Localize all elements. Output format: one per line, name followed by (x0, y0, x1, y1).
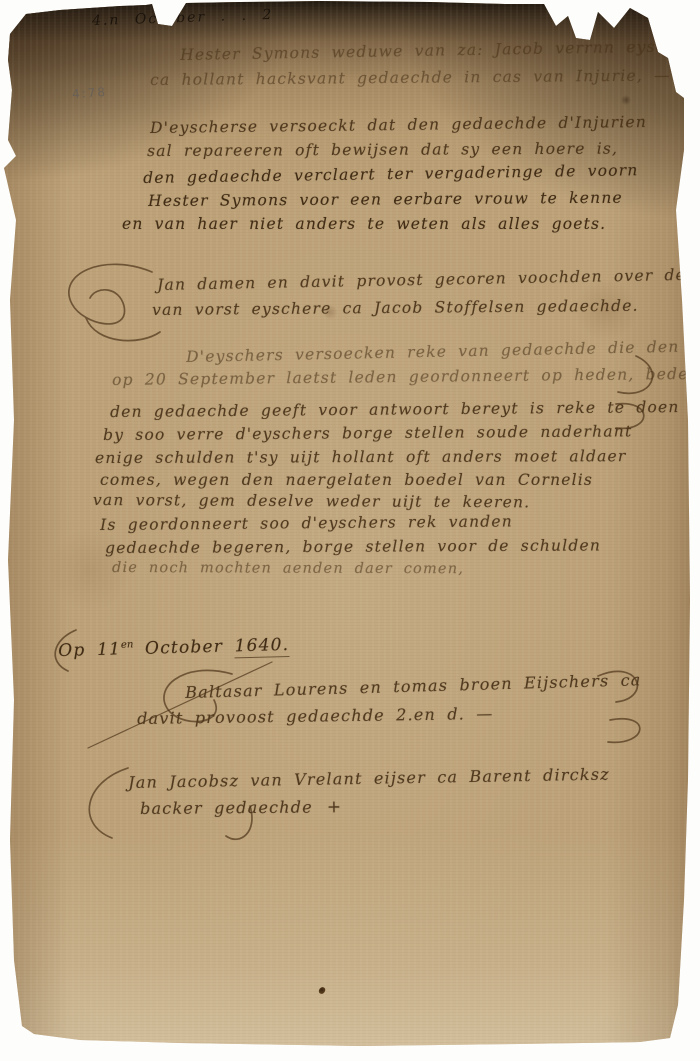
cross-mark: + (327, 797, 343, 817)
manuscript-line: Baltasar Lourens en tomas broen Eijscher… (185, 670, 642, 702)
manuscript-line: en van haer niet anders te weten als all… (122, 215, 606, 233)
date-prefix: Op 11 (58, 639, 121, 661)
flourish-initial-paragraph4 (69, 264, 160, 340)
manuscript-line: sal repareeren oft bewijsen dat sy een h… (147, 140, 618, 160)
manuscript-line: van vorst, gem deselve weder uijt te kee… (93, 491, 530, 511)
manuscript-line: den gedaechde verclaert ter vergaderinge… (143, 161, 639, 187)
ink-spot (318, 986, 326, 995)
manuscript-line: Hester Symons weduwe van za: Jacob verrn… (180, 37, 687, 64)
manuscript-line: Jan damen en davit provost gecoren vooch… (157, 266, 697, 294)
manuscript-line: enige schulden t'sy uijt hollant oft and… (95, 447, 627, 467)
manuscript-line-text: backer gedaechde (140, 797, 313, 818)
manuscript-line: op 20 September laetst leden geordonneer… (112, 365, 700, 389)
manuscript-line: ca hollant hacksvant gedaechde in cas va… (150, 66, 671, 89)
archival-page-number: 4:78 (72, 85, 108, 101)
faint-header-scribble: 4.n October . . 2 (92, 7, 274, 29)
date-month: October (133, 636, 235, 659)
manuscript-line: van vorst eyschere ca Jacob Stoffelsen g… (152, 297, 639, 319)
manuscript-line: gedaechde begeren, borge stellen voor de… (105, 536, 601, 557)
manuscript-line: Hester Symons voor een eerbare vrouw te … (148, 189, 623, 210)
manuscript-line: comes, wegen den naergelaten boedel van … (100, 471, 593, 489)
manuscript-paper-sheet: 4.n October . . 2 4:78 Hester Symons wed… (0, 0, 700, 1061)
manuscript-line: Is geordonneert soo d'eyschers rek vande… (100, 512, 513, 534)
manuscript-line: D'eyscherse versoeckt dat den gedaechde … (150, 113, 647, 137)
manuscript-line: backer gedaechde+ (140, 797, 342, 819)
flourish-signature1-diagonal-stroke (88, 662, 272, 748)
manuscript-line: davit provoost gedaechde 2.en d. — (137, 704, 494, 728)
date-heading: Op 11en October 1640. (58, 635, 290, 661)
manuscript-line: Jan Jacobsz van Vrelant eijser ca Barent… (128, 765, 610, 792)
date-superscript: en (121, 639, 134, 650)
manuscript-line: D'eyschers versoecken reke van gedaechde… (186, 337, 700, 366)
manuscript-line: by soo verre d'eyschers borge stellen so… (103, 422, 632, 444)
manuscript-line: den gedaechde geeft voor antwoort bereyt… (110, 398, 680, 421)
manuscript-line: die noch mochten aenden daer comen, (112, 560, 464, 577)
date-year: 1640. (234, 635, 289, 658)
